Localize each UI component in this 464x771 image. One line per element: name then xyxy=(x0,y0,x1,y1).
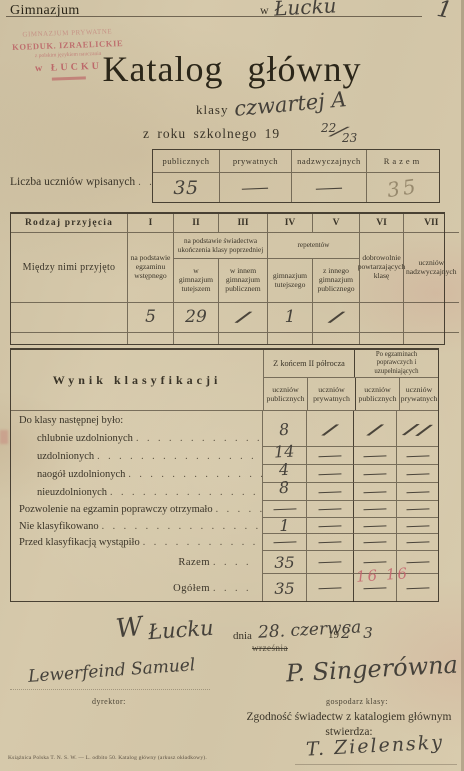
place-handwritten: Łucku xyxy=(147,616,214,645)
table-cell: — xyxy=(353,518,396,534)
classification-row-ogolem: Ogółem. . . . . . . . . . . . . . . . . … xyxy=(11,574,438,602)
header-rule xyxy=(6,16,422,17)
dash-mark: — xyxy=(404,483,431,500)
margin-ink-smudge xyxy=(0,430,8,444)
column-numeral: IV xyxy=(268,214,313,233)
dash-mark: — xyxy=(313,177,345,197)
row-label-text: Razem xyxy=(178,557,210,568)
column-numeral: V xyxy=(313,214,360,233)
dash-mark: — xyxy=(271,534,298,551)
dash-mark: — xyxy=(361,501,388,518)
enrollment-row-label: Liczba uczniów wpisanych . . . . . . . .… xyxy=(10,176,152,188)
dash-mark: — xyxy=(316,483,343,500)
dash-mark: — xyxy=(361,465,388,482)
dot-leader: . . . . . . . . . . . . . . . . . . . . … xyxy=(107,487,262,498)
row-label-text: uzdolnionych xyxy=(37,451,94,462)
subcolumn-header-row: uczniów publicznych uczniów prywatnych u… xyxy=(264,378,438,410)
subcolumn-header: uczniów prywatnych xyxy=(399,378,438,410)
spacer-cell xyxy=(313,333,360,344)
table-cell: 29 xyxy=(174,303,219,333)
subcolumn-header: z innego gimnazjum publicznego xyxy=(313,259,360,303)
admission-table: Rodzaj przyjęcia I II III IV V VI VII Mi… xyxy=(10,212,445,345)
pencil-value: 35 xyxy=(386,173,420,201)
printer-imprint: Książnica Polska T. N. S. W. — L. odbito… xyxy=(8,755,207,761)
row-label: Pozwolenie na egzamin poprawczy otrzymał… xyxy=(11,501,263,518)
handwritten-value: 35 xyxy=(173,177,198,199)
classification-header: Wynik klasyfikacji Z końcem II półrocza … xyxy=(11,350,438,411)
table-cell: —16 16 xyxy=(353,574,396,602)
table-cell: 35 xyxy=(367,173,439,202)
spacer-cell xyxy=(404,333,459,344)
dash-mark: — xyxy=(271,501,298,518)
handwritten-value: 35 xyxy=(274,553,294,572)
row-label-text: Ogółem xyxy=(173,583,210,594)
classification-row: Pozwolenie na egzamin poprawczy otrzymał… xyxy=(11,501,438,518)
dash-mark: — xyxy=(316,580,343,597)
handwritten-value: 1 xyxy=(279,516,289,535)
location-prefix: w xyxy=(260,3,269,18)
column-header: publicznych xyxy=(153,150,220,172)
school-year-prefix: z roku szkolnego 19 xyxy=(143,126,280,142)
table-cell: — xyxy=(353,534,396,551)
table-cell: — xyxy=(353,483,396,501)
table-cell: 5 xyxy=(128,303,174,333)
group-header: repetentów xyxy=(268,233,360,259)
admission-corner-label: Rodzaj przyjęcia xyxy=(11,214,128,233)
table-cell: — xyxy=(306,551,353,574)
dash-mark: — xyxy=(361,534,388,551)
table-cell: — xyxy=(263,534,306,551)
group-header: na podstawie świadectwa ukończenia klasy… xyxy=(174,233,268,259)
row-label-text: nieuzdolnionych xyxy=(37,487,107,498)
classification-column-groups: Z końcem II półrocza Po egzaminach popra… xyxy=(264,350,438,410)
dot-leader: . . . . . . . . . . . . . . . . . . . . … xyxy=(140,537,262,548)
table-cell: — xyxy=(353,447,396,465)
place-prefix-handwritten: W xyxy=(115,612,145,645)
group-header: Z końcem II półrocza xyxy=(264,350,354,377)
table-cell: / xyxy=(353,411,396,429)
table-cell: — xyxy=(396,483,438,501)
spacer-cell xyxy=(360,333,404,344)
dot-leader: . . . . . . . . . . . . . . . . . . . . … xyxy=(94,451,262,462)
class-name-handwritten: czwartej A xyxy=(233,87,347,121)
spacer-cell xyxy=(219,333,268,344)
table-cell: 35 xyxy=(153,173,220,202)
table-cell: // xyxy=(396,411,438,429)
table-cell xyxy=(11,303,128,333)
table-cell: 8 xyxy=(263,483,306,501)
admission-row-label: Między nimi przyjęto xyxy=(11,233,128,303)
row-label: Nie klasyfikowano. . . . . . . . . . . .… xyxy=(11,518,263,534)
row-label: Przed klasyfikacją wystąpiło. . . . . . … xyxy=(11,534,263,551)
row-label-text: Pozwolenie na egzamin poprawczy otrzymał… xyxy=(19,504,213,515)
year-handwritten: 2 3 xyxy=(341,624,377,642)
classification-row: uzdolnionych. . . . . . . . . . . . . . … xyxy=(11,447,438,465)
group-header-row: Z końcem II półrocza Po egzaminach popra… xyxy=(264,350,438,378)
dash-mark: — xyxy=(361,517,388,534)
table-cell: — xyxy=(306,518,353,534)
subcolumn-header: uczniów publicznych xyxy=(355,378,399,410)
dash-mark: — xyxy=(404,465,431,482)
table-cell: 1 xyxy=(268,303,313,333)
column-numeral: VI xyxy=(360,214,404,233)
column-numeral: VII xyxy=(404,214,459,233)
director-signature: Lewerfeind Samuel xyxy=(28,655,196,687)
classification-title: Wynik klasyfikacji xyxy=(11,350,264,410)
dot-leader: . . . . . . . . . . . . . . . . . . . . … xyxy=(210,583,254,594)
subcolumn-header: w gimnazjum tutejszem xyxy=(174,259,219,303)
struck-month-label: września xyxy=(252,643,288,653)
row-label: naogół uzdolnionych. . . . . . . . . . .… xyxy=(11,465,263,483)
classification-row: Nie klasyfikowano. . . . . . . . . . . .… xyxy=(11,518,438,534)
row-label-text: chlubnie uzdolnionych xyxy=(37,433,133,444)
handwritten-value: 5 xyxy=(145,308,156,328)
column-header: prywatnych xyxy=(220,150,292,172)
row-label: nieuzdolnionych. . . . . . . . . . . . .… xyxy=(11,483,263,501)
dash-mark: — xyxy=(239,177,271,197)
year-printed: 19 xyxy=(328,629,339,641)
certification-text: Zgodność świadectw z katalogiem głównym xyxy=(238,711,460,723)
enrollment-header-row: publicznych prywatnych nadzwyczajnych Ra… xyxy=(153,150,439,173)
subcolumn-header: uczniów nadzwyczajnych xyxy=(404,233,459,303)
school-year-fraction: 22/23 xyxy=(321,118,357,138)
table-cell: — xyxy=(306,465,353,483)
table-cell: — xyxy=(396,501,438,518)
table-cell xyxy=(353,429,396,447)
dot-leader: . . . . . . . . . . . . . . . . . . . . … xyxy=(210,557,254,568)
class-teacher-signature: P. Singerówna xyxy=(285,651,458,688)
table-cell: — xyxy=(353,501,396,518)
row-label-text: Przed klasyfikacją wystąpiło xyxy=(19,537,140,548)
table-cell: — xyxy=(306,574,353,602)
enrollment-table: publicznych prywatnych nadzwyczajnych Ra… xyxy=(152,149,440,203)
director-label: dyrektor: xyxy=(92,697,126,706)
table-cell: — xyxy=(353,465,396,483)
table-cell: — xyxy=(306,447,353,465)
dot-leader: . . . . . . . . . . . . . . . . . . . . … xyxy=(135,177,152,188)
date-label: dnia xyxy=(233,630,252,642)
handwritten-value: 14 xyxy=(274,441,295,461)
dot-leader: . . . . . . . . . . . . . . . . . . . . … xyxy=(213,504,262,515)
dash-mark: — xyxy=(361,447,388,464)
table-cell: 35 xyxy=(263,551,306,574)
subcolumn-header: uczniów publicznych xyxy=(264,378,307,410)
column-numeral: I xyxy=(128,214,174,233)
signature-rule xyxy=(10,689,210,690)
row-label: Do klasy następnej było: xyxy=(11,411,263,429)
spacer-cell xyxy=(268,333,313,344)
dash-mark: — xyxy=(316,517,343,534)
classification-row: nieuzdolnionych. . . . . . . . . . . . .… xyxy=(11,483,438,501)
table-cell: — xyxy=(306,501,353,518)
dash-mark: — xyxy=(316,534,343,551)
handwritten-value: 4 xyxy=(279,460,290,480)
row-label: Ogółem. . . . . . . . . . . . . . . . . … xyxy=(11,574,263,602)
row-label-text: Do klasy następnej było: xyxy=(19,415,123,426)
page-title: Katalog główny xyxy=(30,48,434,90)
column-header: Razem xyxy=(367,150,439,172)
enrollment-data-row: 35 — — 35 xyxy=(153,173,439,202)
table-cell: / xyxy=(219,303,268,333)
table-cell: — xyxy=(292,173,367,202)
row-label-text: naogół uzdolnionych xyxy=(37,469,125,480)
dash-mark: — xyxy=(316,447,343,464)
dash-mark: — xyxy=(404,501,431,518)
classification-row: naogół uzdolnionych. . . . . . . . . . .… xyxy=(11,465,438,483)
spacer-cell xyxy=(128,333,174,344)
subcolumn-header: dobrowolnie powtarzających klasę xyxy=(360,233,404,303)
column-header: nadzwyczajnych xyxy=(292,150,367,172)
handwritten-value: 8 xyxy=(279,478,290,498)
dash-mark: — xyxy=(316,554,343,571)
column-numeral: II xyxy=(174,214,219,233)
enrollment-label-text: Liczba uczniów wpisanych xyxy=(10,176,135,188)
spacer-cell xyxy=(11,333,128,344)
slash-mark: / xyxy=(326,309,346,326)
table-cell: / xyxy=(306,411,353,429)
table-cell xyxy=(404,303,459,333)
classification-table: Wynik klasyfikacji Z końcem II półrocza … xyxy=(10,348,439,602)
table-cell xyxy=(396,429,438,447)
table-cell: 35 xyxy=(263,574,306,602)
dash-mark: — xyxy=(316,465,343,482)
slash-mark: / xyxy=(233,309,253,326)
subcolumn-header: na podstawie egzaminu wstępnego xyxy=(128,233,174,303)
group-header: Po egzaminach poprawczych i uzupełniając… xyxy=(354,350,438,377)
row-label: Razem. . . . . . . . . . . . . . . . . .… xyxy=(11,551,263,574)
subcolumn-header: gimnazjum tutejszego xyxy=(268,259,313,303)
table-cell: — xyxy=(220,173,292,202)
dot-leader: . . . . . . . . . . . . . . . . . . . . … xyxy=(125,469,262,480)
table-cell xyxy=(306,429,353,447)
signature-rule xyxy=(295,764,457,765)
handwritten-value: 8 xyxy=(279,420,291,440)
table-cell xyxy=(360,303,404,333)
table-cell: 1 xyxy=(263,518,306,534)
classification-row: chlubnie uzdolnionych. . . . . . . . . .… xyxy=(11,429,438,447)
dash-mark: — xyxy=(404,580,431,597)
catalog-main-page: Gimnazjum w Łucku 1 GIMNAZJUM PRYWATNE K… xyxy=(0,0,464,771)
classification-row: Do klasy następnej było: / / // xyxy=(11,411,438,429)
dot-leader: . . . . . . . . . . . . . . . . . . . . … xyxy=(133,433,262,444)
dash-mark: — xyxy=(404,517,431,534)
spacer-cell xyxy=(174,333,219,344)
dash-mark: — xyxy=(404,534,431,551)
dash-mark: — xyxy=(404,447,431,464)
column-numeral: III xyxy=(219,214,268,233)
table-cell: — xyxy=(396,465,438,483)
handwritten-value: 35 xyxy=(274,579,294,598)
table-cell: — xyxy=(306,534,353,551)
table-cell: — xyxy=(396,534,438,551)
classification-row: Przed klasyfikacją wystąpiło. . . . . . … xyxy=(11,534,438,551)
table-cell: — xyxy=(396,574,438,602)
table-cell: / xyxy=(313,303,360,333)
class-teacher-label: gospodarz klasy: xyxy=(326,697,388,706)
dot-leader: . . . . . . . . . . . . . . . . . . . . … xyxy=(99,521,262,532)
dash-mark: — xyxy=(316,501,343,518)
location-handwritten: Łucku xyxy=(273,0,337,21)
class-prefix-label: klasy xyxy=(196,102,228,118)
table-cell: — xyxy=(396,447,438,465)
handwritten-value: 1 xyxy=(285,308,296,328)
table-cell: — xyxy=(396,518,438,534)
page-number: 1 xyxy=(435,0,454,24)
row-label-text: Nie klasyfikowano xyxy=(19,521,99,532)
subcolumn-header: w innem gimnazjum publicznem xyxy=(219,259,268,303)
handwritten-value: 29 xyxy=(185,308,207,328)
year-bottom: 23 xyxy=(342,131,357,145)
subcolumn-header: uczniów prywatnych xyxy=(307,378,355,410)
row-label: uzdolnionych. . . . . . . . . . . . . . … xyxy=(11,447,263,465)
row-label: chlubnie uzdolnionych. . . . . . . . . .… xyxy=(11,429,263,447)
dash-mark: — xyxy=(361,483,388,500)
table-cell: — xyxy=(306,483,353,501)
